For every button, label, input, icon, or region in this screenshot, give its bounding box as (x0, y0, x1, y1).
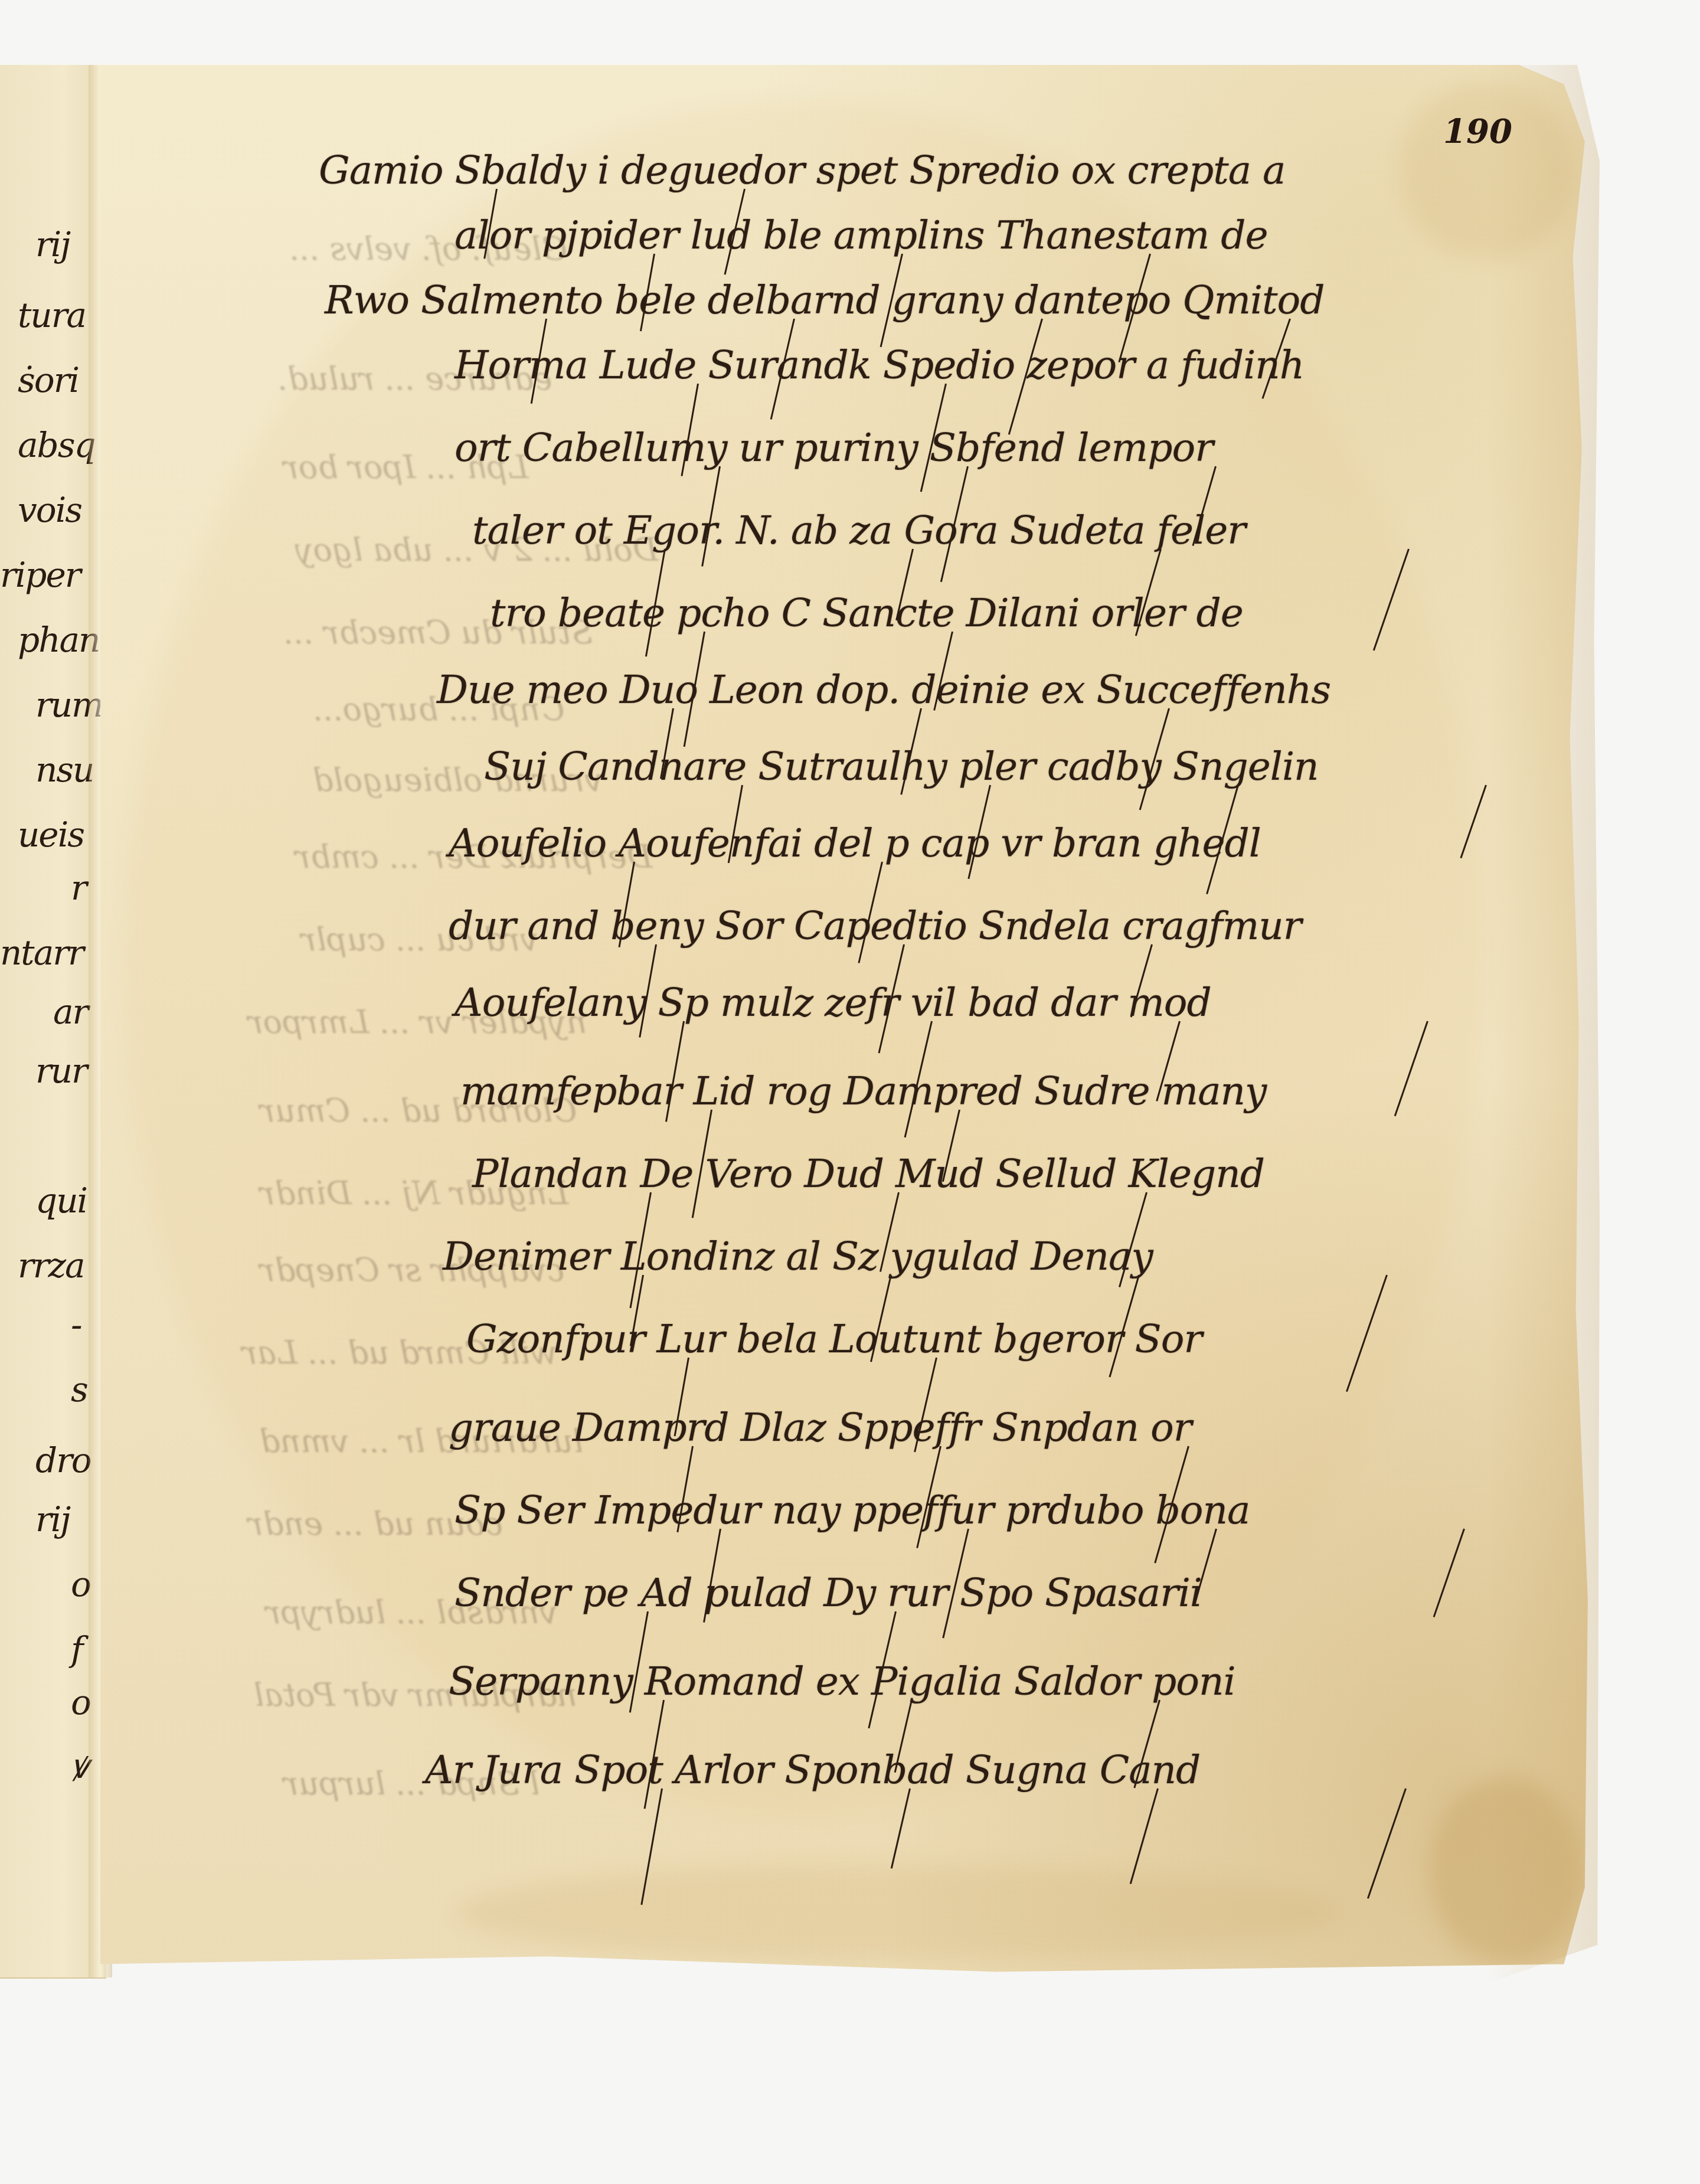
facing-page-line: f (71, 1629, 82, 1669)
facing-page-line: ar (53, 992, 87, 1032)
facing-page-line: rij (35, 224, 70, 264)
facing-page-line: riper (0, 555, 80, 595)
manuscript-line: Gamio Sbaldy i deguedor spet Spredio ox … (319, 148, 1285, 193)
facing-page-line: phan (18, 620, 99, 660)
manuscript-line: Aoufelio Aoufenfai del p cap vr bran ghe… (449, 820, 1261, 866)
manuscript-line: Sp Ser Impedur nay ppeffur prdubo bona (455, 1487, 1250, 1533)
paper-stain (1428, 1777, 1582, 1966)
manuscript-line: Serpanny Romand ex Pigalia Saldor poni (449, 1659, 1235, 1704)
manuscript-line: graue Damprd Dlaz Sppeffr Snpdan or (449, 1405, 1191, 1450)
facing-page-line: vois (18, 490, 81, 530)
facing-page-line: o (71, 1682, 90, 1722)
manuscript-line: Plandan De Vero Dud Mud Sellud Klegnd (472, 1151, 1264, 1196)
facing-page-line: s (71, 1369, 87, 1410)
manuscript-line: Ar Jura Spot Arlor Sponbad Sugna Cand (425, 1747, 1200, 1793)
paper-stain (1399, 83, 1576, 260)
manuscript-line: Rwo Salmento bele delbarnd grany dantepo… (325, 277, 1325, 323)
manuscript-line: Horma Lude Surandk Spedio zepor a fudinh (455, 342, 1304, 388)
manuscript-line: Suj Candnare Sutraulhy pler cadby Sngeli… (484, 744, 1319, 789)
facing-page-line: rrza (18, 1245, 84, 1286)
manuscript-line: alor pjpider lud ble amplins Thanestam d… (455, 212, 1268, 258)
facing-page-line: o (71, 1564, 90, 1604)
facing-page-line: rij (35, 1499, 70, 1539)
manuscript-line: Due meo Duo Leon dop. deinie ex Succeffe… (437, 667, 1330, 712)
manuscript-line: Aoufelany Sp mulz zefr vil bad dar mod (455, 980, 1211, 1025)
manuscript-line: Snder pe Ad pulad Dy rur Spo Spasarii (455, 1570, 1202, 1616)
facing-page-line: rur (35, 1051, 87, 1091)
manuscript-line: dur and beny Sor Capedtio Sndela cragfmu… (449, 903, 1301, 949)
facing-page-line: - (71, 1304, 81, 1345)
manuscript-line: Gzonfpur Lur bela Loutunt bgeror Sor (466, 1316, 1202, 1362)
facing-page-line: ueis (18, 815, 84, 855)
manuscript-line: taler ot Egor. N. ab za Gora Sudeta fele… (472, 508, 1245, 553)
facing-page-line: qui (35, 1181, 87, 1221)
facing-page-line: nsu (35, 750, 93, 790)
folio-number: 190 (1443, 112, 1512, 151)
facing-page-line: absq (18, 425, 95, 465)
facing-page-line: r (71, 868, 86, 908)
facing-page-line: tura (18, 295, 86, 335)
facing-page-line: dro (35, 1440, 91, 1480)
facing-page-line: ꝟ (71, 1741, 87, 1788)
facing-page-line: ntarr (0, 933, 83, 973)
facing-page-line: ṡori (18, 360, 79, 400)
manuscript-line: Denimer Londinz al Sz ygulad Denay (443, 1234, 1153, 1279)
manuscript-line: tro beate pcho C Sancte Dilani orler de (490, 590, 1243, 636)
manuscript-line: ort Cabellumy ur puriny Sbfend lempor (455, 425, 1213, 470)
paper-stain (455, 1865, 1340, 1960)
manuscript-line: mamfepbar Lid rog Dampred Sudre many (460, 1068, 1266, 1114)
